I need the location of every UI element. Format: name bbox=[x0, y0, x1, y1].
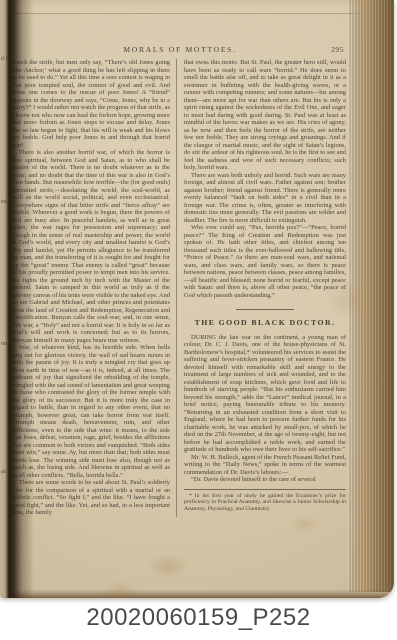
right-column-top-paragraphs: that owns this motto. But St. Paul, the … bbox=[184, 59, 346, 299]
section-divider-rule bbox=[236, 309, 294, 310]
facing-page-fragment: ed, bbox=[1, 199, 8, 205]
page-bottom-edge bbox=[0, 589, 394, 598]
paragraph: There are some words to be said about St… bbox=[12, 479, 170, 517]
facing-page-fragment: al. bbox=[1, 469, 7, 475]
paragraph: “Dr. Davis devoted himself to the care o… bbox=[184, 476, 346, 484]
paragraph: War, of whatever kind, has its horrible … bbox=[12, 344, 170, 479]
facing-page-fragment: on bbox=[1, 341, 7, 347]
facing-page-fragment: d is bbox=[1, 56, 10, 62]
book-page-photo: MORALS OF MOTTOES. 295 watch the strife,… bbox=[0, 0, 394, 598]
footnote: * In his first year of study he gained t… bbox=[184, 493, 346, 513]
page-number: 295 bbox=[331, 45, 344, 54]
paragraph: DURING the late war on the continent, a … bbox=[184, 334, 346, 454]
right-column-bottom-paragraphs: DURING the late war on the continent, a … bbox=[184, 334, 346, 484]
paragraph: Mr. W. H. Bullock, agent of the French P… bbox=[184, 454, 346, 477]
paragraph: There is also another horrid war, of whi… bbox=[12, 149, 170, 344]
page-top-edge bbox=[0, 0, 394, 14]
paragraph: Who ever could say, “Pax, horrida pax?”—… bbox=[184, 224, 346, 299]
paragraph: watch the strife, but men only say, “The… bbox=[12, 59, 170, 149]
paragraph: There are wars both unholy and horrid. S… bbox=[184, 172, 346, 225]
paragraph: that owns this motto. But St. Paul, the … bbox=[184, 59, 346, 172]
photo-frame: MORALS OF MOTTOES. 295 watch the strife,… bbox=[0, 0, 397, 640]
footnote-rule bbox=[184, 489, 346, 490]
book-fore-edge bbox=[348, 0, 394, 592]
header-title: MORALS OF MOTTOES. bbox=[123, 45, 236, 54]
section-heading: THE GOOD BLACK DOCTOR. bbox=[184, 319, 346, 327]
text-columns: watch the strife, but men only say, “The… bbox=[12, 59, 346, 517]
running-header: MORALS OF MOTTOES. 295 bbox=[14, 45, 346, 54]
right-column: that owns this motto. But St. Paul, the … bbox=[176, 59, 346, 517]
left-column: watch the strife, but men only say, “The… bbox=[12, 59, 170, 517]
image-id-label: 20020060159_P252 bbox=[0, 604, 397, 632]
